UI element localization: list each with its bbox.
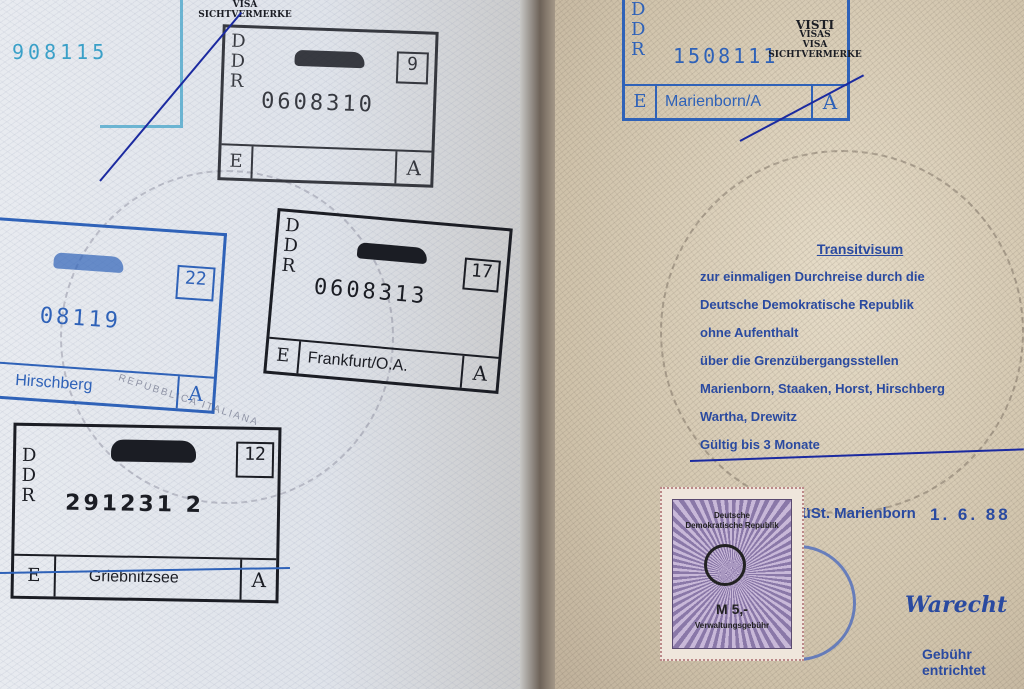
stamp-bottom-row: E Griebnitzsee A <box>14 554 277 601</box>
visa-label: VISA <box>740 40 890 50</box>
visa-labels: VISTI VISAS VISA SICHTVERMERKE <box>740 20 890 60</box>
gdr-emblem-icon <box>704 544 746 586</box>
visa-label: VISA <box>170 0 320 10</box>
stamp-number: 291231 2 <box>65 491 204 518</box>
transit-visa-title: Transitvisum <box>700 235 1020 263</box>
stamp-class: A <box>811 86 847 118</box>
issuing-office: GüSt. Marienborn <box>790 505 916 522</box>
transit-line: ohne Aufenthalt <box>700 319 1020 347</box>
stamp-number: 08119 <box>39 303 122 334</box>
car-icon <box>357 242 428 264</box>
stamp-class: A <box>394 151 431 184</box>
entry-stamp-hirschberg: 22 08119 Hirschberg A <box>0 217 227 414</box>
partial-stamp-number: 908115 <box>12 40 108 64</box>
stamp-box-number: 17 <box>462 258 501 293</box>
stamp-side: E <box>625 86 657 118</box>
stamp-crossing: Frankfurt/O.A. <box>306 342 409 383</box>
car-icon <box>294 50 365 68</box>
stamp-box-number: 9 <box>396 51 429 84</box>
transit-line: zur einmaligen Durchreise durch die <box>700 263 1020 291</box>
revenue-stamp: Deutsche Demokratische Republik M 5,- Ve… <box>660 487 804 661</box>
stamp-bottom-row: E A <box>220 143 431 184</box>
stamp-crossing: Griebnitzsee <box>89 557 180 599</box>
visa-label: VISAS <box>740 30 890 40</box>
official-signature: Warecht <box>905 592 1007 618</box>
visa-header: VISA SICHTVERMERKE <box>170 0 320 20</box>
transit-line: Deutsche Demokratische Republik <box>700 291 1020 319</box>
stamp-number: 0608313 <box>313 275 428 310</box>
revenue-line: Deutsche <box>662 511 802 520</box>
visa-label: SICHTVERMERKE <box>740 50 890 60</box>
entry-stamp-frankfurt: DDR 17 0608313 E Frankfurt/O.A. A <box>263 208 513 394</box>
transit-line: Wartha, Drewitz <box>700 403 1020 431</box>
stamp-class: A <box>240 560 277 601</box>
sichtvermerke-label: SICHTVERMERKE <box>170 10 320 20</box>
stamp-box-number: 12 <box>236 442 275 479</box>
stamp-side: E <box>14 556 57 597</box>
entry-stamp-griebnitzsee: DDR 12 291231 2 E Griebnitzsee A <box>10 423 281 604</box>
fee-text: Gebühr entrichtet <box>922 646 1024 678</box>
ddr-letters: DDR <box>631 0 645 60</box>
passport-spine <box>520 0 560 689</box>
stamp-side: E <box>220 145 253 178</box>
train-icon <box>111 439 196 462</box>
visa-label: VISTI <box>740 20 890 30</box>
revenue-caption: Verwaltungsgebühr <box>662 621 802 630</box>
ddr-letters: DDR <box>21 446 36 506</box>
stamp-crossing: Hirschberg <box>14 365 93 402</box>
stamp-class: A <box>460 356 499 391</box>
transit-visa-stamp: Transitvisum zur einmaligen Durchreise d… <box>700 235 1020 459</box>
stamp-crossing: Marienborn/A <box>665 86 761 118</box>
stamp-side: E <box>266 339 301 374</box>
transit-line: über die Grenzübergangsstellen <box>700 347 1020 375</box>
car-icon <box>53 252 124 273</box>
revenue-value: M 5,- <box>662 601 802 617</box>
stamp-box-number: 22 <box>175 265 215 302</box>
issue-date: 1. 6. 88 <box>930 505 1011 525</box>
revenue-line: Demokratische Republik <box>662 521 802 530</box>
transit-line: Marienborn, Staaken, Horst, Hirschberg <box>700 375 1020 403</box>
ddr-letters: DDR <box>281 216 301 277</box>
stamp-number: 0608310 <box>261 89 376 118</box>
ddr-letters: DDR <box>229 32 246 92</box>
entry-stamp: DDR 9 0608310 E A <box>217 24 438 187</box>
